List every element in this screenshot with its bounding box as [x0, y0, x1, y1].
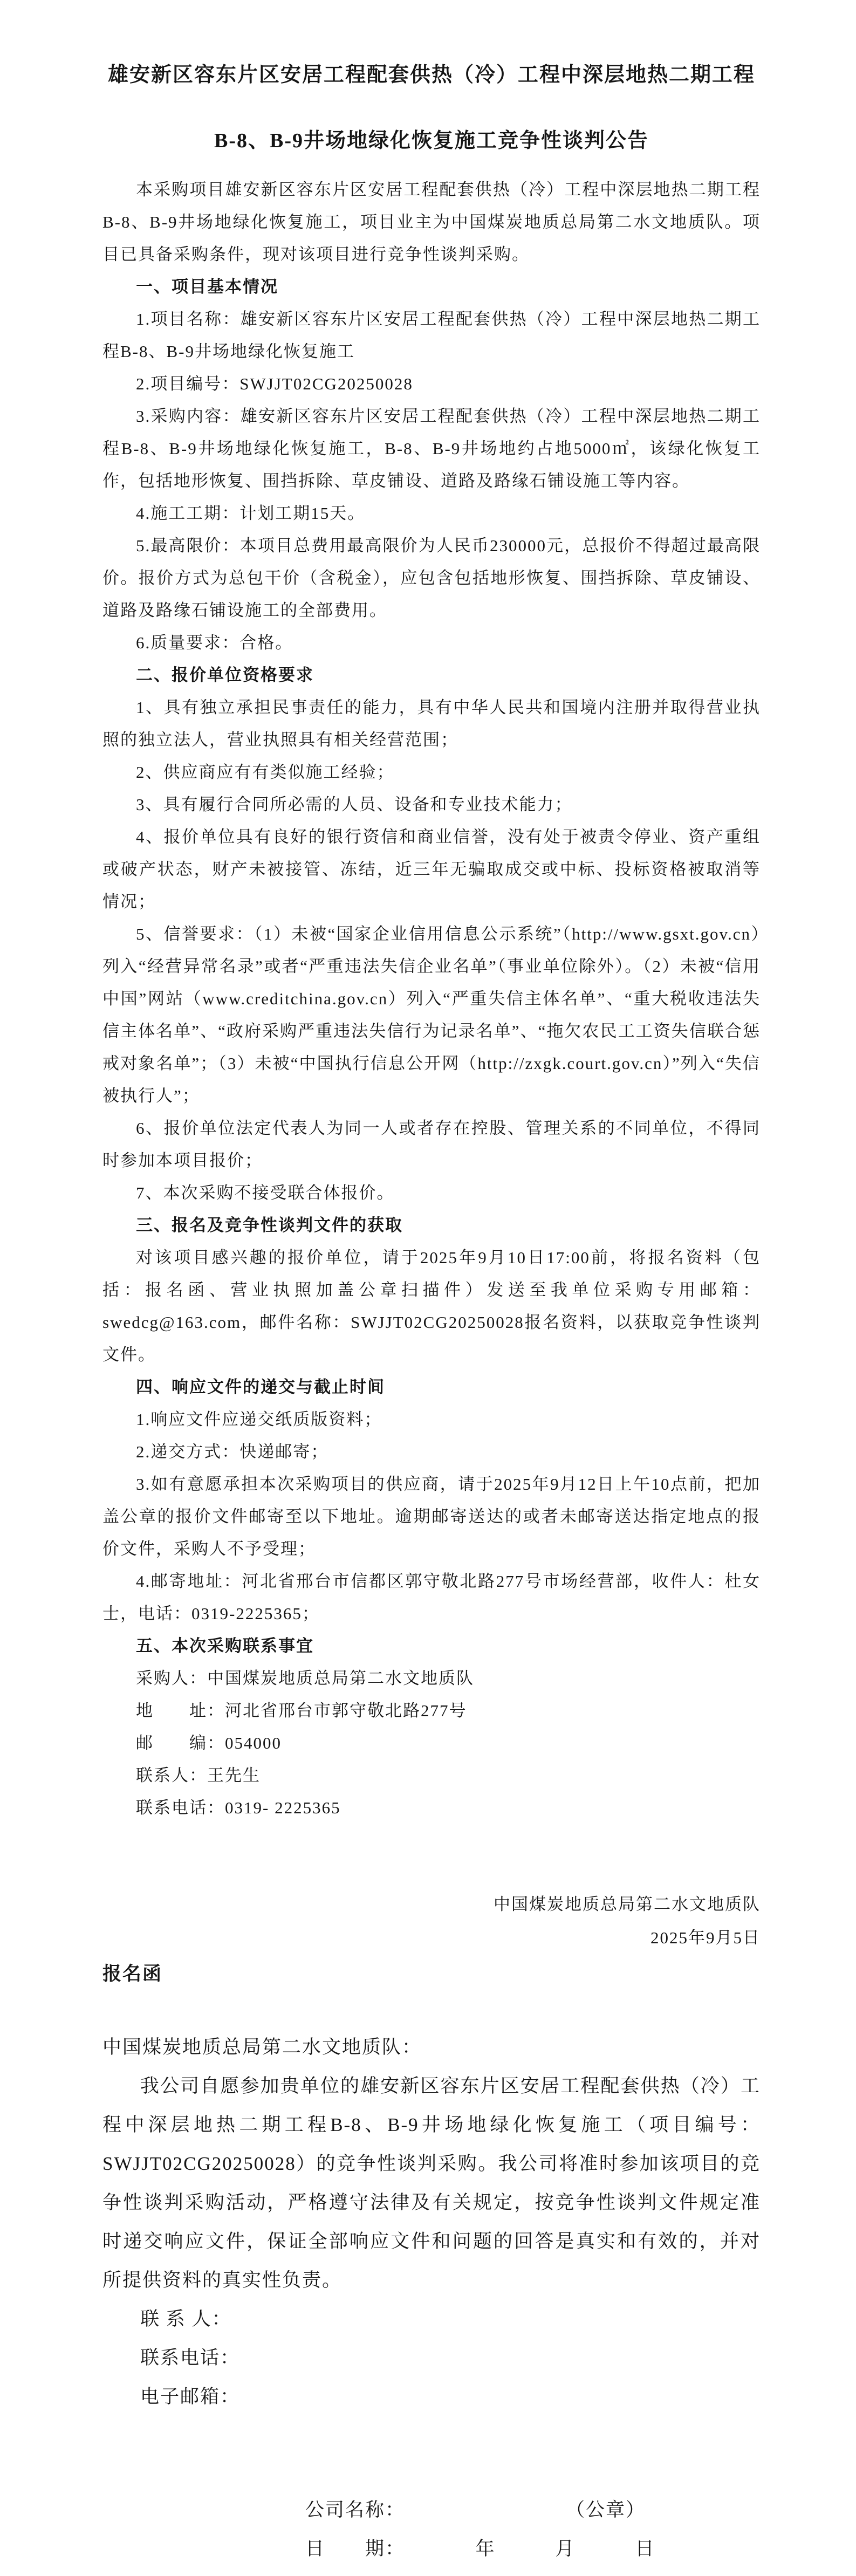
- purchaser-line: 采购人：中国煤炭地质总局第二水文地质队: [102, 1662, 761, 1695]
- project-number-item: 2.项目编号：SWJJT02CG20250028: [102, 368, 761, 400]
- contact-phone-line: 联系电话：0319- 2225365: [102, 1792, 761, 1824]
- letter-contact-email-label: 电子邮箱：: [102, 2378, 761, 2416]
- contact-person-line: 联系人：王先生: [102, 1759, 761, 1792]
- procurement-content-item: 3.采购内容：雄安新区容东片区安居工程配套供热（冷）工程中深层地热二期工程B-8…: [102, 400, 761, 497]
- qualification-item-6: 6、报价单位法定代表人为同一人或者存在控股、管理关系的不同单位，不得同时参加本项…: [102, 1112, 761, 1177]
- max-price-item: 5.最高限价：本项目总费用最高限价为人民币230000元，总报价不得超过最高限价…: [102, 530, 761, 627]
- document-title: 雄安新区容东片区安居工程配套供热（冷）工程中深层地热二期工程 B-8、B-9井场…: [102, 42, 761, 174]
- announcement-body: 本采购项目雄安新区容东片区安居工程配套供热（冷）工程中深层地热二期工程B-8、B…: [102, 174, 761, 1824]
- qualification-item-5: 5、信誉要求：（1）未被“国家企业信用信息公示系统”（http://www.gs…: [102, 918, 761, 1112]
- letter-body: 我公司自愿参加贵单位的雄安新区容东片区安居工程配套供热（冷）工程中深层地热二期工…: [102, 2067, 761, 2300]
- section-5-heading: 五、本次采购联系事宜: [102, 1630, 761, 1662]
- qualification-item-1: 1、具有独立承担民事责任的能力，具有中华人民共和国境内注册并取得营业执照的独立法…: [102, 691, 761, 756]
- section-1-heading: 一、项目基本情况: [102, 271, 761, 303]
- project-name-item: 1.项目名称：雄安新区容东片区安居工程配套供热（冷）工程中深层地热二期工程B-8…: [102, 303, 761, 368]
- qualification-item-3: 3、具有履行合同所必需的人员、设备和专业技术能力；: [102, 789, 761, 821]
- submission-item-4: 4.邮寄地址：河北省邢台市信都区郭守敬北路277号市场经营部，收件人：杜女士，电…: [102, 1565, 761, 1630]
- date-blank-line: 日 期： 年 月 日: [305, 2530, 761, 2568]
- letter-contact-name-label: 联 系 人：: [102, 2300, 761, 2339]
- company-seal-line: 公司名称： （公章）: [305, 2491, 761, 2530]
- submission-item-1: 1.响应文件应递交纸质版资料；: [102, 1403, 761, 1436]
- submission-item-3: 3.如有意愿承担本次采购项目的供应商，请于2025年9月12日上午10点前，把加…: [102, 1468, 761, 1565]
- signature-org: 中国煤炭地质总局第二水文地质队: [102, 1888, 761, 1921]
- signature-date: 2025年9月5日: [102, 1921, 761, 1955]
- company-seal-block: 公司名称： （公章） 日 期： 年 月 日: [305, 2491, 761, 2568]
- letter-addressee: 中国煤炭地质总局第二水文地质队：: [102, 2028, 761, 2067]
- title-line-1: 雄安新区容东片区安居工程配套供热（冷）工程中深层地热二期工程: [102, 42, 761, 108]
- section-3-heading: 三、报名及竞争性谈判文件的获取: [102, 1209, 761, 1242]
- section-2-heading: 二、报价单位资格要求: [102, 659, 761, 691]
- quality-requirement-item: 6.质量要求：合格。: [102, 627, 761, 659]
- registration-letter: 报名函 中国煤炭地质总局第二水文地质队： 我公司自愿参加贵单位的雄安新区容东片区…: [102, 1955, 761, 2568]
- intro-paragraph: 本采购项目雄安新区容东片区安居工程配套供热（冷）工程中深层地热二期工程B-8、B…: [102, 174, 761, 271]
- registration-paragraph: 对该项目感兴趣的报价单位，请于2025年9月10日17:00前，将报名资料（包括…: [102, 1242, 761, 1371]
- qualification-item-4: 4、报价单位具有良好的银行资信和商业信誉，没有处于被责令停业、资产重组或破产状态…: [102, 821, 761, 918]
- qualification-item-2: 2、供应商应有有类似施工经验；: [102, 756, 761, 789]
- section-4-heading: 四、响应文件的递交与截止时间: [102, 1371, 761, 1403]
- address-line: 地 址：河北省邢台市郭守敬北路277号: [102, 1695, 761, 1727]
- submission-item-2: 2.递交方式：快递邮寄；: [102, 1436, 761, 1468]
- construction-period-item: 4.施工工期：计划工期15天。: [102, 497, 761, 530]
- title-line-2: B-8、B-9井场地绿化恢复施工竞争性谈判公告: [102, 108, 761, 174]
- qualification-item-7: 7、本次采购不接受联合体报价。: [102, 1177, 761, 1209]
- postcode-line: 邮 编：054000: [102, 1727, 761, 1759]
- letter-contact-phone-label: 联系电话：: [102, 2339, 761, 2378]
- letter-title: 报名函: [102, 1955, 761, 1993]
- document-page: 雄安新区容东片区安居工程配套供热（冷）工程中深层地热二期工程 B-8、B-9井场…: [0, 0, 856, 2576]
- signature-block: 中国煤炭地质总局第二水文地质队 2025年9月5日: [102, 1888, 761, 1955]
